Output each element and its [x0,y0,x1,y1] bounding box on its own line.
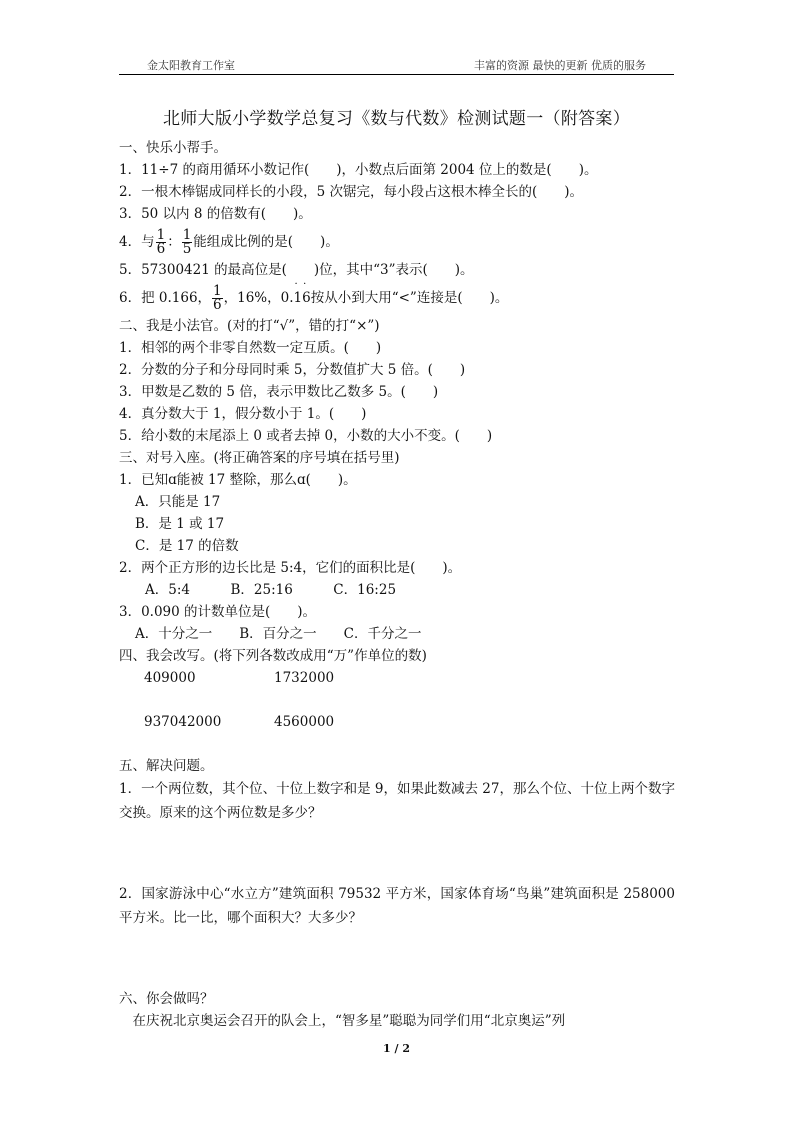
s3-q1-option-b: B．是 1 或 17 [119,513,675,535]
rewrite-numbers: 409000 1732000 937042000 4560000 [119,667,675,733]
s2-item-2: 2．分数的分子和分母同时乘 5，分数值扩大 5 倍。( ) [119,359,675,381]
s5-question-1: 1．一个两位数，其个位、十位上数字和是 9，如果此数减去 27，那么个位、十位上… [119,777,675,825]
s3-q1-option-c: C．是 17 的倍数 [119,535,675,557]
fraction-1-6: 16 [212,285,223,312]
fraction-1-6: 16 [156,229,167,256]
s5-question-2: 2．国家游泳中心“水立方”建筑面积 79532 平方米，国家体育场“鸟巢”建筑面… [119,882,675,930]
s1-question-6: 6．把 0.166，16，16%，0.16按从小到大用“<”连接是( )。 [119,281,675,315]
document-title: 北师大版小学数学总复习《数与代数》检测试题一（附答案） [0,104,793,129]
s1-question-2: 2．一根木棒锯成同样长的小段，5 次锯完，每小段占这根木棒全长的( )。 [119,181,675,203]
q6-middle: ，16%，0. [224,290,294,306]
s3-question-1: 1．已知ɑ能被 17 整除，那么ɑ( )。 [119,469,675,491]
s2-item-5: 5．给小数的末尾添上 0 或者去掉 0，小数的大小不变。( ) [119,425,675,447]
header-right-text: 丰富的资源 最快的更新 优质的服务 [474,57,646,73]
repeating-digit-1: 1 [294,281,303,315]
page-number: 1 / 2 [0,1042,793,1055]
header-left-text: 金太阳教育工作室 [147,57,235,73]
spacer [119,733,675,755]
page-header: 金太阳教育工作室 丰富的资源 最快的更新 优质的服务 [119,54,674,75]
q6-suffix: 按从小到大用“<”连接是( )。 [311,290,509,306]
s3-q1-option-a: A．只能是 17 [119,491,675,513]
section-5-heading: 五、解决问题。 [119,755,675,777]
section-6-heading: 六、你会做吗？ [119,988,675,1010]
s3-q2-options: A．5:4 B．25:16 C．16:25 [119,579,675,601]
q4-suffix: 能组成比例的是( )。 [193,234,339,250]
spacer [274,689,404,711]
s1-question-4: 4．与16：15能组成比例的是( )。 [119,225,675,259]
section-3-heading: 三、对号入座。(将正确答案的序号填在括号里) [119,447,675,469]
section-4-heading: 四、我会改写。(将下列各数改成用“万”作单位的数) [119,645,675,667]
q6-prefix: 6．把 0.166， [119,290,211,306]
spacer [144,689,274,711]
s1-question-1: 1．11÷7 的商用循环小数记作( )，小数点后面第 2004 位上的数是( )… [119,159,675,181]
answer-space [119,930,675,988]
denominator: 6 [156,243,167,256]
s1-question-5: 5．57300421 的最高位是( )位，其中“3”表示( )。 [119,259,675,281]
section-2-heading: 二、我是小法官。(对的打“√”，错的打“×”) [119,315,675,337]
number-4: 4560000 [274,711,404,733]
s3-question-2: 2．两个正方形的边长比是 5:4，它们的面积比是( )。 [119,557,675,579]
section-1-heading: 一、快乐小帮手。 [119,137,675,159]
s3-q3-options: A．十分之一 B．百分之一 C．千分之一 [119,623,675,645]
s2-item-3: 3．甲数是乙数的 5 倍，表示甲数比乙数多 5。( ) [119,381,675,403]
ratio-colon: ： [167,234,181,250]
denominator: 5 [182,243,193,256]
number-2: 1732000 [274,667,404,689]
s6-text: 在庆祝北京奥运会召开的队会上，“智多星”聪聪为同学们用“北京奥运”列 [119,1010,675,1032]
number-3: 937042000 [144,711,274,733]
fraction-1-5: 15 [182,229,193,256]
s3-question-3: 3．0.090 的计数单位是( )。 [119,601,675,623]
denominator: 6 [212,299,223,312]
repeating-digit-6: 6 [302,281,311,315]
q4-prefix: 4．与 [119,234,155,250]
number-1: 409000 [144,667,274,689]
s2-item-4: 4．真分数大于 1，假分数小于 1。( ) [119,403,675,425]
s1-question-3: 3．50 以内 8 的倍数有( )。 [119,203,675,225]
document-body: 一、快乐小帮手。 1．11÷7 的商用循环小数记作( )，小数点后面第 2004… [119,137,675,1032]
s2-item-1: 1．相邻的两个非零自然数一定互质。( ) [119,337,675,359]
answer-space [119,825,675,882]
